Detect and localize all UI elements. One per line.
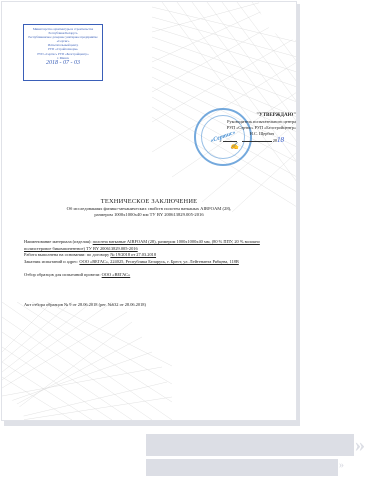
document-subtitle-size: размером 1000х1000х40 мм ТУ BY 200613829… — [2, 212, 296, 218]
document-preview[interactable]: Министерство архитектуры и строительства… — [1, 1, 297, 421]
chevron-right-small-icon: » — [339, 461, 344, 471]
field-label: Работа выполнена на основании: по догово… — [24, 252, 110, 257]
signature-scribble: ✍ — [230, 142, 239, 150]
field-label: Заказчик испытаний и адрес: — [24, 259, 79, 264]
approval-date: « 2018 — [198, 137, 296, 144]
field-customer: Заказчик испытаний и адрес: ООО «ВЕГАС»,… — [24, 259, 286, 266]
field-sampling: Отбор образцов для испытаний провели: ОО… — [24, 272, 286, 279]
date-quote: « — [219, 138, 221, 143]
guilloche-pattern-top-right — [152, 2, 297, 212]
stamp-line: Министерство архитектуры и строительства… — [26, 27, 100, 35]
field-label: Отбор образцов для испытаний провели: — [24, 272, 102, 277]
date-month-line — [242, 141, 272, 142]
field-value: ООО «ВЕГАС» — [102, 272, 131, 277]
field-value: № 19/2018 от 27.03.2018 — [110, 252, 156, 257]
sampling-act: Акт отбора образцов № 9 от 28.06.2018 (р… — [24, 302, 146, 307]
approval-block: "УТВЕРЖДАЮ" Руководитель испытательного … — [198, 112, 296, 144]
field-value: ООО «ВЕГАС», 224025, Республика Беларусь… — [79, 259, 238, 264]
caption-bar-subtitle — [146, 459, 338, 476]
field-label: Наименование материала (изделия): — [24, 239, 93, 244]
field-material: Наименование материала (изделия): полотн… — [24, 239, 286, 252]
chevron-right-icon[interactable]: » — [355, 434, 365, 456]
registration-stamp: Министерство архитектуры и строительства… — [23, 24, 103, 81]
approval-title: "УТВЕРЖДАЮ" — [198, 112, 296, 119]
stamp-date: 2018 - 07 - 03 — [26, 60, 100, 67]
stamp-line: Республиканское дочернее унитарное предп… — [26, 35, 100, 43]
guilloche-pattern-bottom-left — [2, 302, 172, 420]
date-year-handwritten: 18 — [277, 136, 284, 144]
document-title: ТЕХНИЧЕСКОЕ ЗАКЛЮЧЕНИЕ — [2, 198, 296, 205]
caption-bar-title[interactable] — [146, 434, 354, 456]
field-basis: Работа выполнена на основании: по догово… — [24, 252, 286, 259]
